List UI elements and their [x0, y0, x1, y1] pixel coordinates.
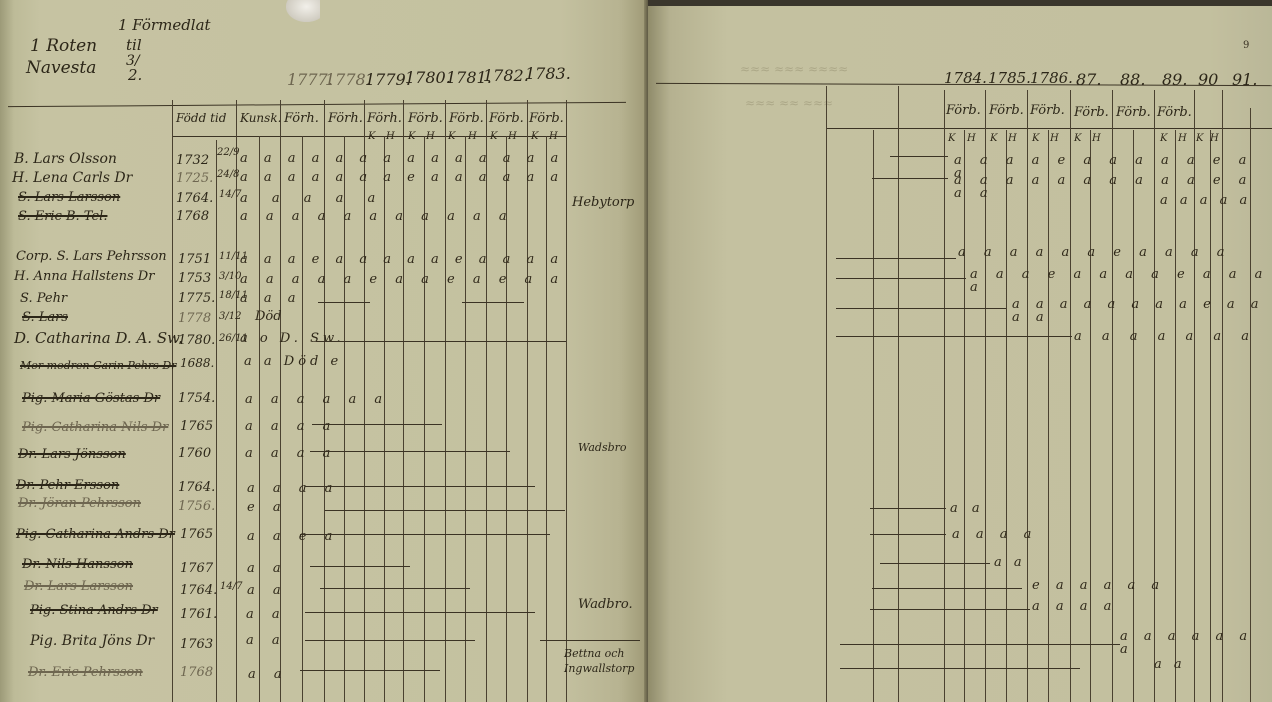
- exam-marks: a a a a: [247, 482, 339, 495]
- absence-line: [300, 534, 550, 535]
- sub-k: K: [1160, 134, 1167, 144]
- column-rule: [826, 86, 827, 702]
- absence-line: [890, 156, 948, 157]
- birth-date: 22/9: [217, 148, 239, 158]
- paper-clip: [286, 0, 320, 22]
- header-kunsk: Kunsk.: [240, 112, 281, 124]
- absence-line: [540, 640, 640, 641]
- exam-marks: a a a: [240, 292, 302, 305]
- formedlat-label: 1 Förmedlat: [118, 18, 211, 33]
- sub-h: H: [549, 132, 558, 142]
- sub-k: K: [448, 132, 455, 142]
- birth-year: 1688.: [180, 357, 214, 369]
- exam-marks: a a e a: [247, 530, 339, 543]
- exam-marks: a a: [247, 562, 288, 575]
- person-name: D. Catharina D. A. Sw.: [14, 331, 183, 346]
- year-1779: 1779.: [365, 72, 411, 88]
- absence-line: [840, 644, 1120, 645]
- person-name: Dr. Jöran Pehrsson: [18, 497, 141, 510]
- rote-label: 1 Roten: [30, 38, 97, 55]
- absence-line: [310, 451, 510, 452]
- sub-h: H: [1008, 134, 1017, 144]
- exam-marks: Död: [255, 310, 282, 323]
- absence-line: [870, 609, 1030, 610]
- person-name: Corp. S. Lars Pehrsson: [16, 250, 167, 263]
- birth-year: 1764.: [178, 481, 215, 494]
- formedlat-sub: til: [126, 38, 142, 53]
- sub-h: H: [468, 132, 477, 142]
- birth-date: 14/7: [220, 582, 242, 592]
- fraction-bottom: 2.: [128, 68, 142, 83]
- absence-line: [305, 640, 475, 641]
- sub-k: K: [990, 134, 997, 144]
- column-rule: [873, 130, 874, 702]
- absence-line: [880, 563, 990, 564]
- birth-year: 1760: [178, 447, 211, 460]
- village-name: Navesta: [26, 60, 96, 77]
- absence-line: [305, 612, 535, 613]
- exam-marks: a a a a a a a: [1074, 330, 1257, 343]
- header-forh-1778: Förh.: [328, 112, 363, 125]
- column-rule: [1175, 130, 1176, 702]
- exam-marks: a a: [248, 668, 289, 681]
- person-name: Pig. Brita Jöns Dr: [30, 634, 154, 648]
- birth-date: 24/8: [217, 170, 239, 180]
- header-forh-1777: Förh.: [284, 112, 319, 125]
- person-name: Dr. Lars Larsson: [24, 580, 133, 593]
- column-rule: [1048, 130, 1049, 702]
- absence-line: [310, 566, 410, 567]
- person-name: Pig. Catharina Nils Dr: [22, 421, 168, 434]
- person-name: B. Lars Olsson: [14, 152, 117, 166]
- exam-marks: a a a a a a e a a a a: [958, 246, 1232, 259]
- page-number: 9: [1243, 40, 1249, 51]
- birth-year: 1751: [178, 253, 211, 266]
- place-name: Bettna och Ingwallstorp: [564, 646, 644, 676]
- person-name: H. Lena Carls Dr: [12, 171, 132, 185]
- header-forh-1779: Förh.: [367, 112, 402, 125]
- exam-marks: a a a a: [245, 447, 337, 460]
- sub-k: K: [1032, 134, 1039, 144]
- birth-date: 3/12: [219, 312, 241, 322]
- person-name: Mor modren Carin Pehrs Dr: [20, 360, 176, 371]
- header-forb-88: Förb.: [1116, 106, 1151, 119]
- bleed-through-text: ≈≈≈ ≈≈≈ ≈≈≈≈: [740, 62, 848, 76]
- exam-marks: a a a a a a a a a a a a a a: [240, 152, 564, 165]
- absence-line: [462, 302, 524, 303]
- person-name: Pig. Catharina Andrs Dr: [16, 528, 175, 541]
- absence-line: [312, 424, 442, 425]
- exam-marks: a a a a a e a a e a e a a: [240, 273, 565, 286]
- absence-line: [300, 670, 440, 671]
- column-rule: [546, 136, 547, 702]
- person-name: Dr. Eric Pehrsson: [28, 666, 143, 679]
- absence-line: [836, 278, 966, 279]
- header-forb-1782: Förb.: [489, 112, 524, 125]
- absence-line: [870, 534, 946, 535]
- sub-k: K: [531, 132, 538, 142]
- header-forb-1784: Förb.: [946, 104, 981, 117]
- column-rule: [944, 90, 945, 702]
- year-1778: 1778.: [325, 72, 371, 88]
- exam-marks: a a a a a: [240, 192, 385, 205]
- page-top-edge: [648, 0, 1272, 6]
- exam-marks: a a a a a a: [245, 393, 389, 406]
- column-rule: [1006, 130, 1007, 702]
- person-name: Pig. Maria Göstas Dr: [22, 392, 160, 405]
- exam-marks: a a: [994, 556, 1026, 569]
- sub-k: K: [1196, 134, 1203, 144]
- scanned-register-spread: 1 Roten Navesta 1 Förmedlat til 3/ 2. 17…: [0, 0, 1272, 702]
- birth-year: 1725.: [176, 172, 213, 185]
- header-forb-87: Förb.: [1074, 106, 1109, 119]
- subheader-rule: [826, 128, 1272, 129]
- exam-marks: a a a a: [952, 528, 1037, 541]
- exam-marks: a a a e a a a a a e a a a a: [240, 253, 564, 266]
- column-rule: [1133, 130, 1134, 702]
- absence-line: [325, 510, 565, 511]
- exam-marks: e a: [247, 501, 288, 514]
- absence-line: [872, 178, 948, 179]
- column-rule: [1210, 130, 1211, 702]
- exam-marks: a a a a a a a: [1120, 630, 1272, 656]
- absence-line: [840, 668, 1080, 669]
- person-name: S. Eric B. Tel.: [18, 210, 107, 223]
- absence-line: [318, 302, 370, 303]
- year-1782: 1782.: [483, 68, 529, 84]
- column-rule: [1090, 130, 1091, 702]
- column-rule: [964, 130, 965, 702]
- header-forb-1786: Förb.: [1030, 104, 1065, 117]
- birth-year: 1753: [178, 272, 211, 285]
- person-name: S. Pehr: [20, 292, 67, 305]
- exam-marks: a a a a: [1032, 600, 1117, 613]
- exam-marks: a a a a a a a a a a a: [240, 210, 514, 223]
- exam-marks: a a a a a a a e a a a a a a: [240, 171, 564, 184]
- place-name: Wadsbro: [578, 442, 627, 453]
- absence-line: [836, 258, 956, 259]
- column-rule: [172, 100, 173, 702]
- exam-marks: a a: [247, 584, 288, 597]
- year-1780: 1780.: [405, 70, 451, 86]
- absence-line: [836, 308, 1006, 309]
- absence-line: [320, 588, 470, 589]
- birth-year: 1767: [180, 562, 213, 575]
- exam-marks: a a: [950, 502, 985, 515]
- exam-marks: a a a e a a a a e a a a a: [970, 268, 1272, 294]
- birth-year: 1778: [178, 312, 211, 325]
- absence-line: [836, 336, 1072, 337]
- person-name: S. Lars Larsson: [18, 191, 120, 204]
- sub-h: H: [1210, 134, 1219, 144]
- absence-line: [872, 588, 1022, 589]
- person-name: Dr. Lars Jönsson: [18, 448, 126, 461]
- absence-line: [870, 508, 946, 509]
- birth-year: 1756.: [178, 500, 215, 513]
- place-name: Wadbro.: [578, 598, 633, 611]
- header-forb-1785: Förb.: [989, 104, 1024, 117]
- birth-year: 1765: [180, 420, 213, 433]
- place-name: Hebytorp: [572, 196, 634, 209]
- sub-k: K: [948, 134, 955, 144]
- exam-marks: a a a a a a a a e a a a a: [1012, 298, 1272, 324]
- exam-marks: a a a a a: [1160, 194, 1251, 207]
- person-name: S. Lars: [22, 311, 68, 324]
- sub-h: H: [508, 132, 517, 142]
- exam-marks: a a: [246, 634, 287, 647]
- absence-line: [305, 486, 535, 487]
- header-forb-89: Förb.: [1157, 106, 1192, 119]
- sub-h: H: [1092, 134, 1101, 144]
- exam-marks: a a: [246, 608, 287, 621]
- sub-k: K: [368, 132, 375, 142]
- birth-year: 1775.: [178, 292, 215, 305]
- header-forb-1780: Förb.: [408, 112, 443, 125]
- header-fodd-tid: Född tid: [176, 112, 226, 124]
- birth-year: 1763: [180, 638, 213, 651]
- birth-year: 1764.: [180, 584, 217, 597]
- sub-h: H: [1178, 134, 1187, 144]
- person-name: Pig. Stina Andrs Dr: [30, 604, 158, 617]
- birth-year: 1780.: [178, 334, 215, 347]
- person-name: Dr. Nils Hansson: [22, 558, 133, 571]
- birth-date: 3/10: [219, 272, 241, 282]
- sub-h: H: [426, 132, 435, 142]
- birth-year: 1768: [180, 666, 213, 679]
- sub-k: K: [490, 132, 497, 142]
- sub-h: H: [1050, 134, 1059, 144]
- sub-k: K: [408, 132, 415, 142]
- sub-h: H: [967, 134, 976, 144]
- exam-marks: a o D. Sw.: [240, 332, 345, 345]
- sub-h: H: [386, 132, 395, 142]
- person-name: H. Anna Hallstens Dr: [14, 270, 154, 283]
- column-rule: [566, 100, 567, 702]
- header-forb-1781: Förb.: [449, 112, 484, 125]
- birth-year: 1761.: [180, 608, 217, 621]
- absence-line: [316, 341, 566, 342]
- birth-year: 1765: [180, 528, 213, 541]
- header-forb-1783: Förb.: [529, 112, 564, 125]
- birth-date: 14/7: [219, 190, 241, 200]
- person-name: Dr. Pehr Ersson: [16, 479, 119, 492]
- exam-marks: a a a a: [245, 420, 337, 433]
- birth-year: 1754.: [178, 392, 215, 405]
- exam-marks: e a a a a a: [1032, 579, 1165, 592]
- birth-year: 1768: [176, 210, 209, 223]
- year-87: 87.: [1076, 72, 1101, 88]
- birth-year: 1764.: [176, 192, 213, 205]
- year-1783: 1783.: [525, 66, 571, 82]
- exam-marks: a a: [1154, 658, 1186, 671]
- birth-year: 1732: [176, 154, 209, 167]
- sub-k: K: [1074, 134, 1081, 144]
- bleed-through-text: ≈≈≈ ≈≈ ≈≈≈: [745, 96, 833, 110]
- exam-marks: a a Död e: [244, 355, 342, 368]
